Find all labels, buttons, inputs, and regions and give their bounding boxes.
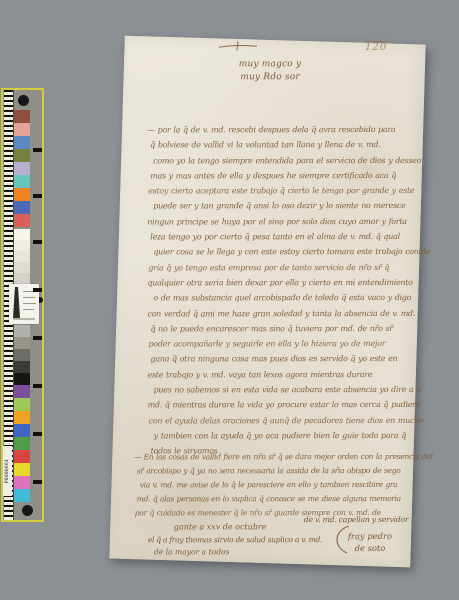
color-patch	[14, 110, 30, 123]
manuscript-line: gria q̃ yo tengo esta empresa por de tan…	[148, 260, 409, 276]
manuscript-line: qualquier otra seria bien dexar por ella…	[147, 275, 409, 291]
registration-dot	[18, 95, 29, 106]
color-patch-stack-bottom	[14, 385, 30, 502]
manuscript-line: puede ser y tan grande q̃ ansi lo oso de…	[153, 198, 409, 214]
color-patch	[14, 262, 30, 273]
color-patch	[14, 214, 30, 227]
color-calibration-bar: P0000664	[1, 88, 44, 522]
letter-second-paragraph: — En las cosas de vallid fiere en nr̃o s…	[134, 450, 418, 520]
signature-surname: de soto	[348, 542, 392, 554]
cross-mark	[217, 39, 263, 52]
registration-dash	[33, 240, 42, 244]
postscript-line: el q̃ a fray thomas sirvio de salud supl…	[148, 535, 322, 544]
registration-dash	[33, 432, 42, 436]
letter-body: — por la q̃ de v. md. rescebi despues de…	[147, 122, 410, 459]
registration-dash	[33, 288, 42, 292]
manuscript-line: gana q̃ otra ninguna cosa mas pues dios …	[151, 351, 410, 367]
registration-dot	[22, 505, 33, 516]
color-patch	[14, 349, 30, 361]
manuscript-line: con el ayuda delas oraciones q̃ aunq̃ de…	[149, 413, 410, 429]
registration-dash	[33, 148, 42, 152]
manuscript-line: leza tengo yo por cierto q̃ pesa tanto e…	[150, 229, 409, 245]
color-patch	[14, 398, 30, 411]
color-patch	[14, 201, 30, 214]
folio-number: 120	[365, 42, 387, 53]
color-patch	[14, 136, 30, 149]
color-patch	[14, 188, 30, 201]
manuscript-line: — por la q̃ de v. md. rescebi despues de…	[147, 122, 409, 138]
color-patch	[14, 476, 30, 489]
manuscript-line: q̃ bolviese de vallid vi la voluntad tan…	[150, 137, 409, 153]
farewell-line: de v. md. capellan y servidor	[304, 515, 408, 524]
color-patch	[14, 411, 30, 424]
manuscript-line: md. q̃ alas personas en lo suplica q̃ co…	[137, 492, 418, 506]
registration-dash	[33, 194, 42, 198]
manuscript-line: via v. md. me avise de lo q̃ le parescie…	[140, 478, 418, 492]
manuscript-line: poder acompañarle y seguirle en ella y l…	[148, 336, 409, 352]
color-patch	[14, 450, 30, 463]
manuscript-line: este trabajo y v. md. vaya tan lexos ago…	[148, 367, 410, 383]
manuscript-page: 120 muy magco y muy Rdo sor — por la q̃ …	[109, 36, 425, 568]
manuscript-line: como yo la tengo siempre entendida para …	[153, 153, 409, 169]
salutation: muy magco y muy Rdo sor	[209, 58, 331, 84]
color-patch	[14, 424, 30, 437]
color-patch	[14, 373, 30, 385]
salutation-line: muy Rdo sor	[209, 71, 331, 84]
color-patch	[14, 361, 30, 373]
signature: fray pedro de soto	[348, 530, 392, 554]
color-patch	[14, 229, 30, 240]
color-patch	[14, 251, 30, 262]
manuscript-line: — En las cosas de vallid fiere en nr̃o s…	[134, 450, 418, 464]
manuscript-line: sr̃ arcobispo y q̃ ya no sera necessaria…	[137, 464, 418, 478]
grayscale-stack-dark	[14, 325, 30, 385]
color-patch	[14, 175, 30, 188]
color-patch-stack-top	[14, 110, 30, 227]
barcode-id-text: P0000664	[5, 459, 10, 483]
registration-dash	[33, 480, 42, 484]
salutation-line: muy magco y	[209, 58, 331, 71]
manuscript-line: o de mas substancia quel arcobispado de …	[153, 290, 409, 306]
color-patch	[14, 240, 30, 251]
registration-dash	[33, 336, 42, 340]
postscript-line: de la mayor a todos	[154, 547, 230, 556]
grayscale-stack-light	[14, 229, 30, 284]
signature-name: fray pedro	[348, 530, 392, 542]
barcode-id-label: P0000664	[3, 446, 12, 496]
manuscript-line: y tambien con la ayuda q̃ yo aca pudiere…	[154, 428, 410, 444]
color-patch	[14, 337, 30, 349]
manuscript-line: estoy cierto aceptara este trabajo q̃ ci…	[148, 183, 409, 199]
color-patch	[14, 123, 30, 136]
color-patch	[14, 489, 30, 502]
color-patch	[14, 385, 30, 398]
manuscript-line: q̃ no le puedo encarescer mas sino q̃ tu…	[150, 321, 409, 337]
color-patch	[14, 162, 30, 175]
manuscript-line: ningun principe se huya por el sino por …	[147, 214, 409, 230]
manuscript-line: pues no sabemos si en esta vida se acaba…	[154, 382, 410, 398]
color-patch	[14, 325, 30, 337]
manuscript-line: mas y mas antes de ella y despues he sie…	[150, 168, 409, 184]
photo-background: P0000664 120 muy magco y muy Rdo sor — p…	[0, 0, 459, 600]
color-patch	[14, 437, 30, 450]
color-patch	[14, 149, 30, 162]
color-patch	[14, 273, 30, 284]
color-patch	[14, 463, 30, 476]
manuscript-line: quier cosa se le llega y con este estoy …	[153, 244, 409, 260]
density-wedge	[13, 287, 20, 318]
date-place-line: gante a xxv de octubre	[174, 522, 267, 531]
registration-dash	[33, 384, 42, 388]
manuscript-line: md. q̃ mientras durare la vida yo procur…	[148, 397, 410, 413]
manuscript-line: con verdad q̃ ami me haze gran soledad y…	[147, 306, 409, 322]
